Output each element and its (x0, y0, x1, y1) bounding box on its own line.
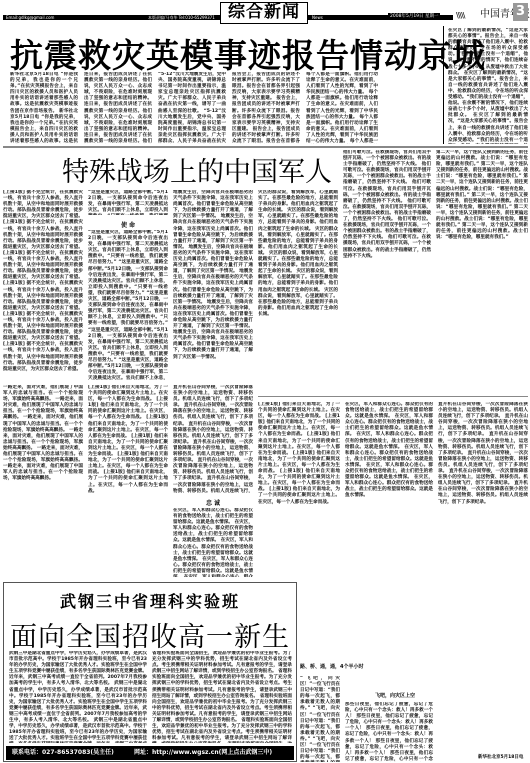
story1-headline: 抗震救灾英模事迹报告情动京城 (10, 30, 385, 77)
section-divider (3, 146, 528, 148)
story1-col-2: 连日来，报告团成员讲述了在抗震救灾第一线的亲身经历。他们说，灾区人民万众一心、众… (84, 72, 152, 144)
lower-col-3: 直升机在山谷间穿梭，一次次冒险降落在狭小的空地上，运送物资、转移伤员。机组人员连… (438, 402, 528, 752)
subhead-loyalty: 忠 诚 (203, 498, 223, 507)
page-number: 3 (513, 3, 528, 21)
ad-website-link[interactable]: 网址：http://www.wgsz.cn(网上点击武钢三中) (134, 749, 272, 756)
story2-col-3-cont: 直升机在山谷间穿梭，一次次冒险降落在狭小的空地上，运送物资、转移伤员。机组人员连… (173, 385, 253, 493)
hatch-decoration: \\\\\ (456, 11, 464, 20)
story1-col-5: 每个人都是一面旗帜。他们用行动诠释了生命的意义。在灾难面前，人们看到了人性的光辉… (306, 72, 378, 144)
story2-col-2a: “这里是重灾区，道路全部中断。”5月12日晚，一支部队接到命令后连夜出发，在暴雨… (88, 190, 168, 215)
ad-title-recruit: 面向全国招收高一新生 (4, 615, 296, 654)
story2-col-1: [上接1版] 据不完全统计，在抗震救灾一线，有官兵十余万人参战，投入直升机数十架… (3, 190, 83, 380)
masthead-editor: 本版责编/马寿华 Tel:010-65299371 (148, 14, 215, 21)
story2-col-2b: “这里是重灾区，道路全部中断。”5月12日晚，一支部队接到命令后连夜出发，在暴雨… (88, 230, 168, 380)
story1-col-1: 新华社北京5月18日电 “你是我的兄弟，我也是你的一个兄弟。”在抗灾英模报告会上… (10, 72, 78, 144)
lower-subhead-2: 飞吧，向灾区上空 (370, 692, 420, 699)
story2-col-1-cont: 一路走来，面对灾难，他们展现了中国军人的忠诚与担当。在一个个抢险现场，军旗始终高… (3, 385, 83, 577)
story1-col-4: 报告会上，报告团成员的讲述不时被掌声打断。许多听众流下了眼泪。报告会在首都各界引… (232, 72, 300, 144)
advertisement: 武钢三中省理科实验班 面向全国招收高一新生 武钢三中是湖北省重点中学，中学历史悠… (3, 582, 297, 762)
lower-col-2: 在灾区，军人和群众心连心。群众把仅有的食物送给战士，战士们把生的希望留给群众。这… (345, 402, 433, 687)
story2-col-2-cont: [上接1版] 他们来自天南地北，为了一个共同的使命汇聚到这片土地上。在灾区，每一… (88, 385, 168, 577)
column-divider (443, 26, 444, 144)
story2-right-col-1: 他们可歌可泣。在救援现场，官兵们用双手刨开瓦砾，一个个被困群众被救出。有的战士手… (343, 150, 431, 380)
ad-title-school: 武钢三中省理科实验班 (4, 589, 296, 612)
masthead-email: Email:gdlkg@gmail.com (6, 14, 54, 21)
lower-col-1b: “飞吧，向灾区！”一位飞行员在日记中写道：“我们的每一次起飞，都承载着无数人的期… (300, 676, 340, 762)
section-en: News (312, 14, 323, 21)
masthead: Email:gdlkg@gmail.com 本版责编/马寿华 Tel:010-6… (0, 0, 530, 26)
issue-date: 2008年5月19日 星期一 (388, 13, 440, 20)
story2-right-col-2: 第二天一早，这个连队又接到新的任务，前往更偏远的山村搜救。战士们说：“哪里有危险… (436, 150, 528, 380)
ad-body-left: 武钢三中是湖北省重点中学，中学历史悠久，办学成绩卓著，是武汉市首批示范高中。学校… (9, 651, 147, 743)
ad-phone: 联系电话：027-86537083(吴主任) (12, 749, 114, 756)
story1-col-3: “5·12”汶川大地震发生后，党中央、国务院高度重视，胡锦涛总书记第一时间作出重… (158, 72, 226, 144)
story2-headline: 特殊战场上的中国军人 (62, 150, 332, 189)
ad-body-right: 省理科实验班面向全国招生，欢迎品学兼优的初中毕业生报考。为了充分发挥武钢三中的学… (152, 651, 292, 743)
story2-col-4: 灾区的群众说，看到解放军，心里就踏实了。在那些最危险的地方，总能看到子弟兵的身影… (258, 190, 338, 380)
lower-col-2b: 那些日夜里，他们忘记了疲惫，忘记了危险，心中只有一个念头：救人！再多救一个人！ … (345, 702, 433, 762)
story1-right-col: 在灾区了解到的最新情况，“这是大家都关心的事情”。报告会上，来自一线的救援官兵讲… (448, 28, 528, 144)
section-title: 综合新闻 (220, 2, 308, 24)
story2-col-3: 地震发生后，空降兵官兵在极端恶劣的天气条件下实施伞降，这在我军历史上尚属首次。他… (173, 190, 253, 380)
subhead-mission: 使 命 (118, 220, 138, 229)
lower-divider (258, 396, 528, 397)
ad-contact-bar: 联系电话：027-86537083(吴主任) 网址：http://www.wgs… (6, 746, 294, 760)
story2-col-3-cont-b: 在灾区，军人和群众心连心。群众把仅有的食物送给战士，战士们把生的希望留给群众。这… (173, 508, 253, 577)
byline: 新华社北京5月18日电 (478, 754, 523, 760)
